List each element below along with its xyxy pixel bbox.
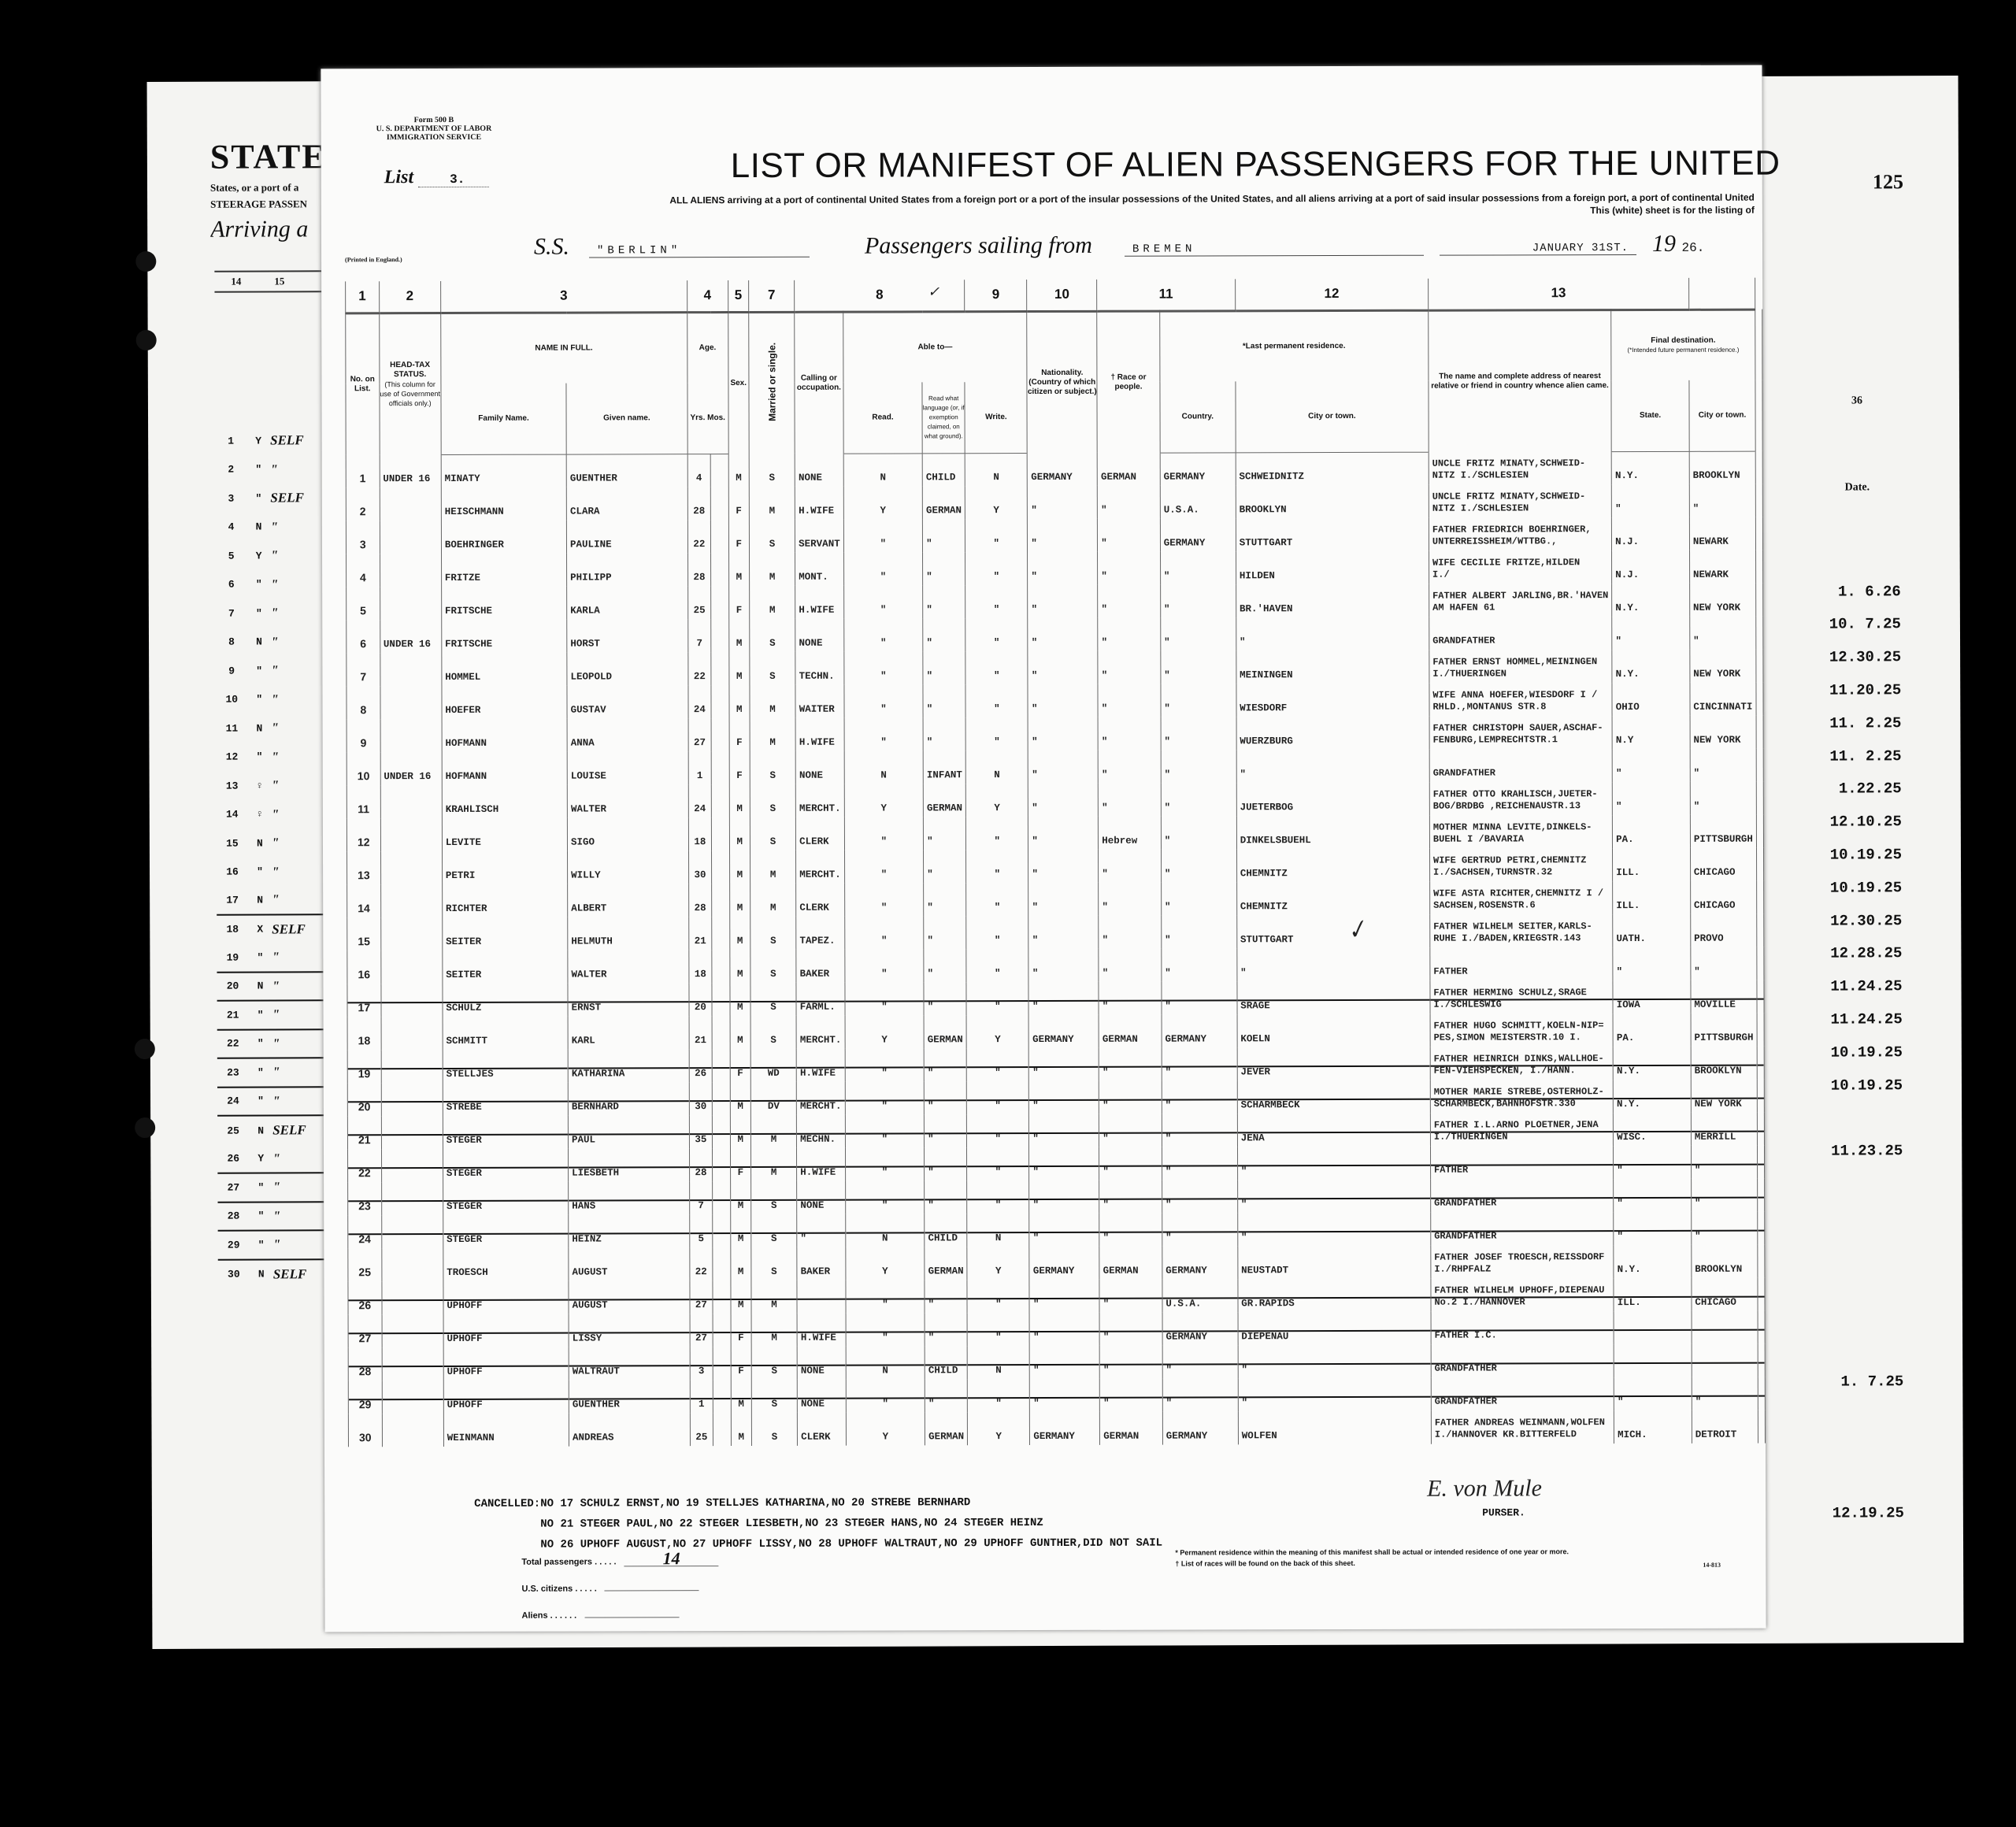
cell-state: N.Y [1612,716,1690,749]
cell-lang: CHILD [922,453,965,486]
cell-no: 9 [346,719,380,752]
cell-lang: GERMAN [923,784,965,817]
cell-write: " [966,850,1028,883]
cell-no: 15 [347,917,381,951]
cell-read: " [844,817,924,850]
cell-country: " [1161,816,1236,849]
cell-dest: " [1691,947,1757,980]
cell-margin [1757,980,1764,1014]
cell-family: SEITER [443,951,568,984]
cell-family: KRAHLISCH [442,785,567,818]
cell-months [711,619,729,652]
cell-given: PAULINE [566,520,687,553]
cell-ms: S [750,950,796,983]
cell-given: GUENTHER [569,1380,690,1413]
cell-sex: M [729,850,750,884]
back-cell-ticket: " [249,1009,272,1021]
cell-race: " [1098,684,1161,717]
cell-margin [1758,1344,1765,1377]
cell-given: LISSY [569,1314,690,1347]
cell-nat: " [1028,916,1099,949]
cell-age: 7 [689,1181,713,1214]
cell-margin [1756,716,1763,749]
total-passengers-row: Total passengers . . . . .14 [521,1548,718,1576]
form-number: Form 500 B [376,116,492,124]
cell-months [711,520,729,553]
cell-relative: FATHER ERNST HOMMEL,MEININGEN I./THUERIN… [1429,650,1612,684]
cell-race: " [1099,1313,1162,1346]
cell-lang: " [925,1147,967,1180]
sailing-from-port: BREMEN [1125,243,1424,257]
cell-relative: FATHER ALBERT JARLING,BR.'HAVEN AM HAFEN… [1429,584,1612,617]
cell-age: 22 [689,1247,713,1280]
cell-age: 18 [688,950,712,983]
cell-margin [1756,782,1763,815]
cell-dest [1692,1344,1758,1377]
cell-state: OHIO [1612,683,1690,716]
total-passengers-label: Total passengers . . . . . [521,1557,616,1566]
cell-read: " [846,1379,925,1412]
cell-ms: M [749,487,795,520]
cell-occ: MECHN. [797,1115,846,1148]
cell-city: NEUSTADT [1238,1246,1431,1280]
cell-state: ILL. [1613,848,1691,881]
cell-race: " [1098,585,1161,618]
cell-margin [1756,749,1763,782]
cell-margin [1757,881,1764,914]
footnote-residence: * Permanent residence within the meaning… [1175,1546,1569,1558]
cell-occ: CLERK [798,1413,847,1446]
cell-state: N.Y. [1614,1245,1692,1278]
cell-ms: S [750,1016,796,1049]
cell-occ: MERCHT. [795,784,844,817]
back-cell-no: 4 [215,521,246,533]
cell-family: FRITSCHE [441,587,566,620]
colnum-7: 7 [748,280,794,312]
cell-state: IOWA [1613,980,1691,1014]
cell-state: " [1612,617,1690,650]
cell-months [712,950,730,983]
cell-given: LIESBETH [569,1148,690,1181]
manifest-sheet: Form 500 B U. S. DEPARTMENT OF LABOR IMM… [321,65,1766,1632]
cell-race: " [1099,1147,1162,1180]
back-cell-ticket: Y [249,1153,272,1165]
cell-lang: " [924,1081,966,1114]
cell-state: ILL. [1614,1278,1692,1311]
cell-months [713,1380,731,1413]
cell-sex: M [730,1016,750,1049]
cell-write: " [967,1147,1029,1180]
passenger-row: 12LEVITESIGO18MSCLERK""""Hebrew"DINKELSB… [346,815,1763,852]
back-cell-ticket: " [250,1210,273,1222]
cell-write: " [967,1180,1029,1214]
passenger-row: 14RICHTERALBERT28MMCLERK""""""CHEMNITZWI… [347,881,1764,918]
cell-race: " [1099,850,1162,883]
cell-nat: " [1028,750,1099,784]
footnotes: * Permanent residence within the meaning… [1175,1546,1569,1569]
cell-country: GERMANY [1162,1014,1237,1047]
ss-label: S.S. [534,234,569,261]
cell-relative: GRANDFATHER [1431,1212,1614,1246]
cell-ms: M [750,1148,796,1181]
cell-age: 28 [689,1148,713,1181]
date-cell: 1. 6.26 [1783,583,1917,616]
cell-no: 26 [348,1281,382,1314]
cell-read: Y [846,1247,925,1280]
cell-nat: " [1028,684,1098,717]
cell-country: U.S.A. [1160,485,1236,518]
cell-months [712,917,730,950]
cell-months [713,1214,731,1247]
cell-given: ANNA [567,718,688,751]
cell-lang: " [923,585,965,618]
cell-nat: " [1029,1048,1099,1081]
passenger-row: 16SEITERWALTER18MSBAKER"""""""FATHER"" [347,947,1764,984]
cell-relative: FATHER I.C. [1431,1311,1614,1345]
cell-state: " [1614,1377,1692,1410]
purser-label: PURSER. [1482,1506,1525,1518]
cell-occ: " [797,1214,846,1247]
cell-months [711,751,729,784]
back-cell-no: 24 [217,1095,249,1107]
cell-race: " [1099,1180,1162,1214]
cell-city: WUERZBURG [1236,717,1429,750]
cell-city: " [1236,617,1429,651]
cell-ms: S [750,751,795,784]
cell-no: 1 [346,454,380,487]
cell-relative: GRANDFATHER [1431,1344,1614,1378]
header-name-in-full: NAME IN FULL. [441,312,687,384]
cell-state: N.J. [1612,517,1690,550]
cell-ms: M [750,884,795,917]
cell-tax [382,1347,443,1380]
cell-write: Y [965,784,1028,817]
cell-dest: MOVILLE [1691,980,1757,1014]
cell-tax [380,653,441,686]
cell-city: GR.RAPIDS [1238,1279,1431,1313]
cell-tax [381,1083,443,1116]
cell-family: UPHOFF [443,1314,569,1347]
cell-no: 13 [347,851,381,884]
colnum-11: 11 [1097,279,1236,310]
cell-given: KATHARINA [568,1049,689,1082]
header-no-on-list: No. on List. [346,313,380,454]
cell-margin [1756,550,1763,584]
colnum-2: 2 [379,281,440,313]
cell-dest: CHICAGO [1692,1278,1758,1311]
cell-relative: MOTHER MINNA LEVITE,DINKELS- BUEHL I /BA… [1429,815,1612,849]
cell-race: " [1098,717,1161,750]
cell-months [713,1347,731,1380]
cell-family: MINATY [441,454,566,487]
cell-occ: NONE [797,1181,846,1214]
cell-state: ILL. [1613,881,1691,914]
cell-months [712,983,730,1016]
cell-read: " [843,519,923,552]
footnote-races: † List of races will be found on the bac… [1175,1557,1569,1569]
cell-tax [381,1050,443,1083]
cell-occ: BAKER [797,1247,846,1280]
cell-months [713,1115,731,1148]
us-citizens-row: U.S. citizens . . . . . [521,1575,718,1603]
cell-months [713,1181,731,1214]
cell-lang: " [924,883,966,916]
cell-read: " [845,1048,925,1081]
back-sheet-steerage: STEERAGE PASSEN [210,198,336,210]
cell-age: 4 [687,454,711,487]
back-cell-ticket: " [246,464,270,476]
cell-race: " [1099,1081,1162,1114]
cell-relative: FATHER HERMING SCHULZ,SRAGE I./SCHLESWIG [1430,980,1613,1014]
back-cell-ticket: " [247,579,271,591]
header-write: Write. [965,382,1028,453]
colnum-10: 10 [1027,280,1097,311]
date-cell: 11.23.25 [1784,1142,1918,1175]
cell-country: U.S.A. [1162,1279,1238,1312]
cell-no: 22 [347,1149,381,1182]
cell-lang: GERMAN [922,486,965,519]
date-cell: 1.22.25 [1784,780,1918,813]
cell-family: FRITZE [441,554,566,587]
back-cell-no: 1 [215,435,246,447]
passenger-row: 9HOFMANNANNA27FMH.WIFE""""""WUERZBURGFAT… [346,716,1763,753]
cell-lang: " [925,1379,967,1412]
cell-no: 4 [346,554,380,587]
back-cell-no: 29 [218,1239,250,1251]
final-destination-note: (*Intended future permanent residence.) [1612,345,1755,354]
cell-no: 12 [346,818,380,851]
cell-ms: S [751,1413,797,1446]
cell-race: " [1099,883,1162,916]
cell-nat: " [1030,1379,1100,1412]
cell-lang: " [923,519,965,552]
cell-race: GERMAN [1099,1015,1162,1048]
cell-lang: " [923,651,965,684]
header-age: Age. [687,312,728,383]
cell-tax [382,1281,443,1314]
cell-tax [380,719,442,752]
passenger-row: 2HEISCHMANNCLARA28FMH.WIFEYGERMANY""U.S.… [346,484,1762,521]
cell-family: SCHULZ [443,984,568,1017]
cell-lang: " [925,1313,967,1346]
cell-relative: FATHER FRIEDRICH BOEHRINGER, UNTERREISSH… [1429,517,1611,551]
cell-family: SEITER [443,917,568,951]
final-destination-title: Final destination. [1611,335,1755,345]
cell-lang: " [923,717,965,750]
cell-margin [1756,815,1763,848]
cell-given: AUGUST [569,1247,690,1280]
cell-state: " [1614,1179,1692,1212]
cell-age: 18 [688,817,712,850]
cell-age: 21 [688,917,712,950]
cell-lang: " [924,850,966,883]
cell-write: N [967,1346,1029,1379]
cell-dest [1692,1311,1758,1344]
cell-write: " [965,618,1028,651]
cell-country: " [1162,1047,1237,1080]
cell-sex: F [728,487,749,520]
cell-nat: GERMANY [1028,453,1098,486]
list-number: 3. [418,172,488,187]
cell-lang: " [923,618,965,651]
cell-state: " [1614,1146,1692,1179]
passenger-manifest-table: 1 2 3 4 5 7 8 9 10 11 12 13 No. on List.… [345,278,1766,1447]
cell-nat: " [1028,552,1098,585]
cell-tax [380,554,441,587]
cell-occ: NONE [795,751,844,784]
colnum-9: 9 [965,280,1027,311]
cell-dest: DETROIT [1692,1410,1758,1443]
cell-country: " [1162,1080,1237,1114]
cancelled-passengers-note: CANCELLED:NO 17 SCHULZ ERNST,NO 19 STELL… [474,1492,1162,1555]
header-city: City or town. [1236,381,1429,453]
cell-state: " [1614,1212,1692,1245]
cell-write: Y [967,1247,1029,1280]
cell-read: Y [843,486,923,519]
cell-occ: H.WIFE [797,1314,846,1347]
cell-ms: S [750,619,795,652]
cell-occ: CLERK [796,817,845,850]
cell-margin [1758,1212,1765,1245]
cell-family: SCHMITT [443,1017,568,1050]
cell-dest: MERRILL [1691,1113,1757,1146]
cell-write: N [967,1214,1029,1247]
cell-nat: " [1028,618,1098,651]
cell-read: " [844,651,924,684]
cell-ms: M [751,1314,797,1347]
cell-tax [381,1215,443,1248]
cell-lang: " [925,1114,967,1147]
header-calling: Calling or occupation. [795,312,843,454]
date-cell: 11.24.25 [1784,977,1918,1010]
cell-lang: CHILD [925,1346,967,1379]
cell-tax [381,1182,443,1215]
passenger-row: 8HOEFERGUSTAV24MMWAITER""""""WIESDORFWIF… [346,683,1763,720]
cell-city: KOELN [1237,1014,1430,1048]
cell-city: " [1236,750,1429,784]
cell-country: " [1161,684,1236,717]
cell-margin [1755,451,1762,484]
header-row-1: No. on List. HEAD-TAX STATUS.(This colum… [346,309,1762,384]
aliens-value [584,1617,679,1618]
date-cell [1784,1110,1918,1143]
header-state: State. [1611,380,1689,451]
cell-city: BR.'HAVEN [1236,584,1429,618]
passenger-row: 3BOEHRINGERPAULINE22FSSERVANT"""""GERMAN… [346,517,1762,554]
cell-race: " [1099,1214,1162,1247]
cell-tax [380,686,442,719]
cell-nat: " [1028,651,1098,684]
cell-given: GUENTHER [566,454,687,487]
cell-family: UPHOFF [443,1281,569,1314]
back-cell-ticket: N [247,636,271,648]
header-nearest-relative: The name and complete address of nearest… [1429,309,1612,452]
cell-race: Hebrew [1099,817,1162,850]
cell-read: " [845,982,925,1015]
cell-no: 25 [348,1248,382,1281]
cell-lang: " [924,949,966,982]
cell-write: N [965,453,1027,486]
cell-occ: TECHN. [795,652,844,685]
cell-country: GERMANY [1162,1411,1238,1444]
cell-months [713,1247,731,1280]
passenger-row: 6UNDER 16FRITSCHEHORST7MSNONE"""""""GRAN… [346,617,1763,654]
cell-no: 30 [348,1414,382,1447]
cell-state: N.Y. [1612,650,1690,683]
cell-nat: GERMANY [1030,1412,1100,1445]
cell-age: 7 [687,619,711,652]
cell-read: " [845,1147,925,1180]
cell-months [711,487,729,520]
cell-sex: M [730,983,750,1016]
cell-city: " [1238,1345,1431,1379]
cell-tax [380,487,441,521]
cell-tax [380,884,442,917]
cell-race: " [1099,982,1162,1015]
header-read-language: Read what language (or, if exemption cla… [922,382,965,453]
cell-race: " [1099,1346,1162,1379]
cell-no: 16 [347,951,381,984]
back-cell-ticket: Y [246,435,270,447]
cell-lang: " [923,684,965,717]
cell-write: " [966,817,1028,850]
cell-margin [1757,1080,1764,1113]
cell-months [712,784,730,817]
cell-margin [1757,947,1764,980]
cell-dest: CHICAGO [1690,881,1756,914]
cell-dest: NEWARK [1689,550,1755,584]
back-cell-ticket: " [248,866,272,878]
cell-months [712,884,730,917]
cell-write: " [966,1081,1028,1114]
cell-given: CLARA [566,487,687,520]
cell-occ: MERCHT. [796,1082,845,1115]
cell-no: 23 [348,1182,382,1215]
cell-relative: FATHER I.L.ARNO PLOETNER,JENA I./THUERIN… [1430,1113,1613,1147]
header-final-destination: Final destination.(*Intended future perm… [1611,309,1755,380]
cell-age: 20 [689,983,713,1016]
cell-sex: F [731,1347,751,1380]
cell-dest: " [1690,617,1756,650]
married-label: Married or single. [767,343,776,421]
header-read: Read. [843,382,923,453]
cell-write: " [967,1313,1029,1346]
cell-race: " [1098,519,1161,552]
cell-sex: F [729,751,750,784]
back-cell-ticket: N [246,521,270,533]
cell-age: 28 [687,487,711,520]
cell-relative: FATHER JOSEF TROESCH,REISSDORF I./RHPFAL… [1431,1245,1614,1279]
department: U. S. DEPARTMENT OF LABOR [376,124,492,133]
date-cell: 12.19.25 [1786,1504,1920,1537]
back-cell-no: 11 [216,722,247,734]
cell-city: SCHARMBECK [1237,1080,1430,1114]
cell-read: " [845,1114,925,1147]
cell-state: " [1612,749,1690,782]
cell-months [712,1016,730,1049]
passenger-row: 23STEGERHANS7MSNONE"""""""GRANDFATHER"" [348,1179,1765,1216]
cell-sex: M [729,884,750,917]
cell-race: " [1099,784,1162,817]
date-cell: 10.19.25 [1784,1043,1918,1077]
back-cell-ticket: N [248,894,272,906]
back-cell-no: 13 [217,780,248,791]
cell-relative: FATHER HEINRICH DINKS,WALLHOE- FEN-VIEHS… [1430,1047,1613,1080]
cell-family: HOFMANN [442,752,567,785]
aliens-label: Aliens . . . . . . [522,1611,577,1621]
cell-race: " [1099,1114,1162,1147]
cell-country: GERMANY [1160,518,1236,551]
